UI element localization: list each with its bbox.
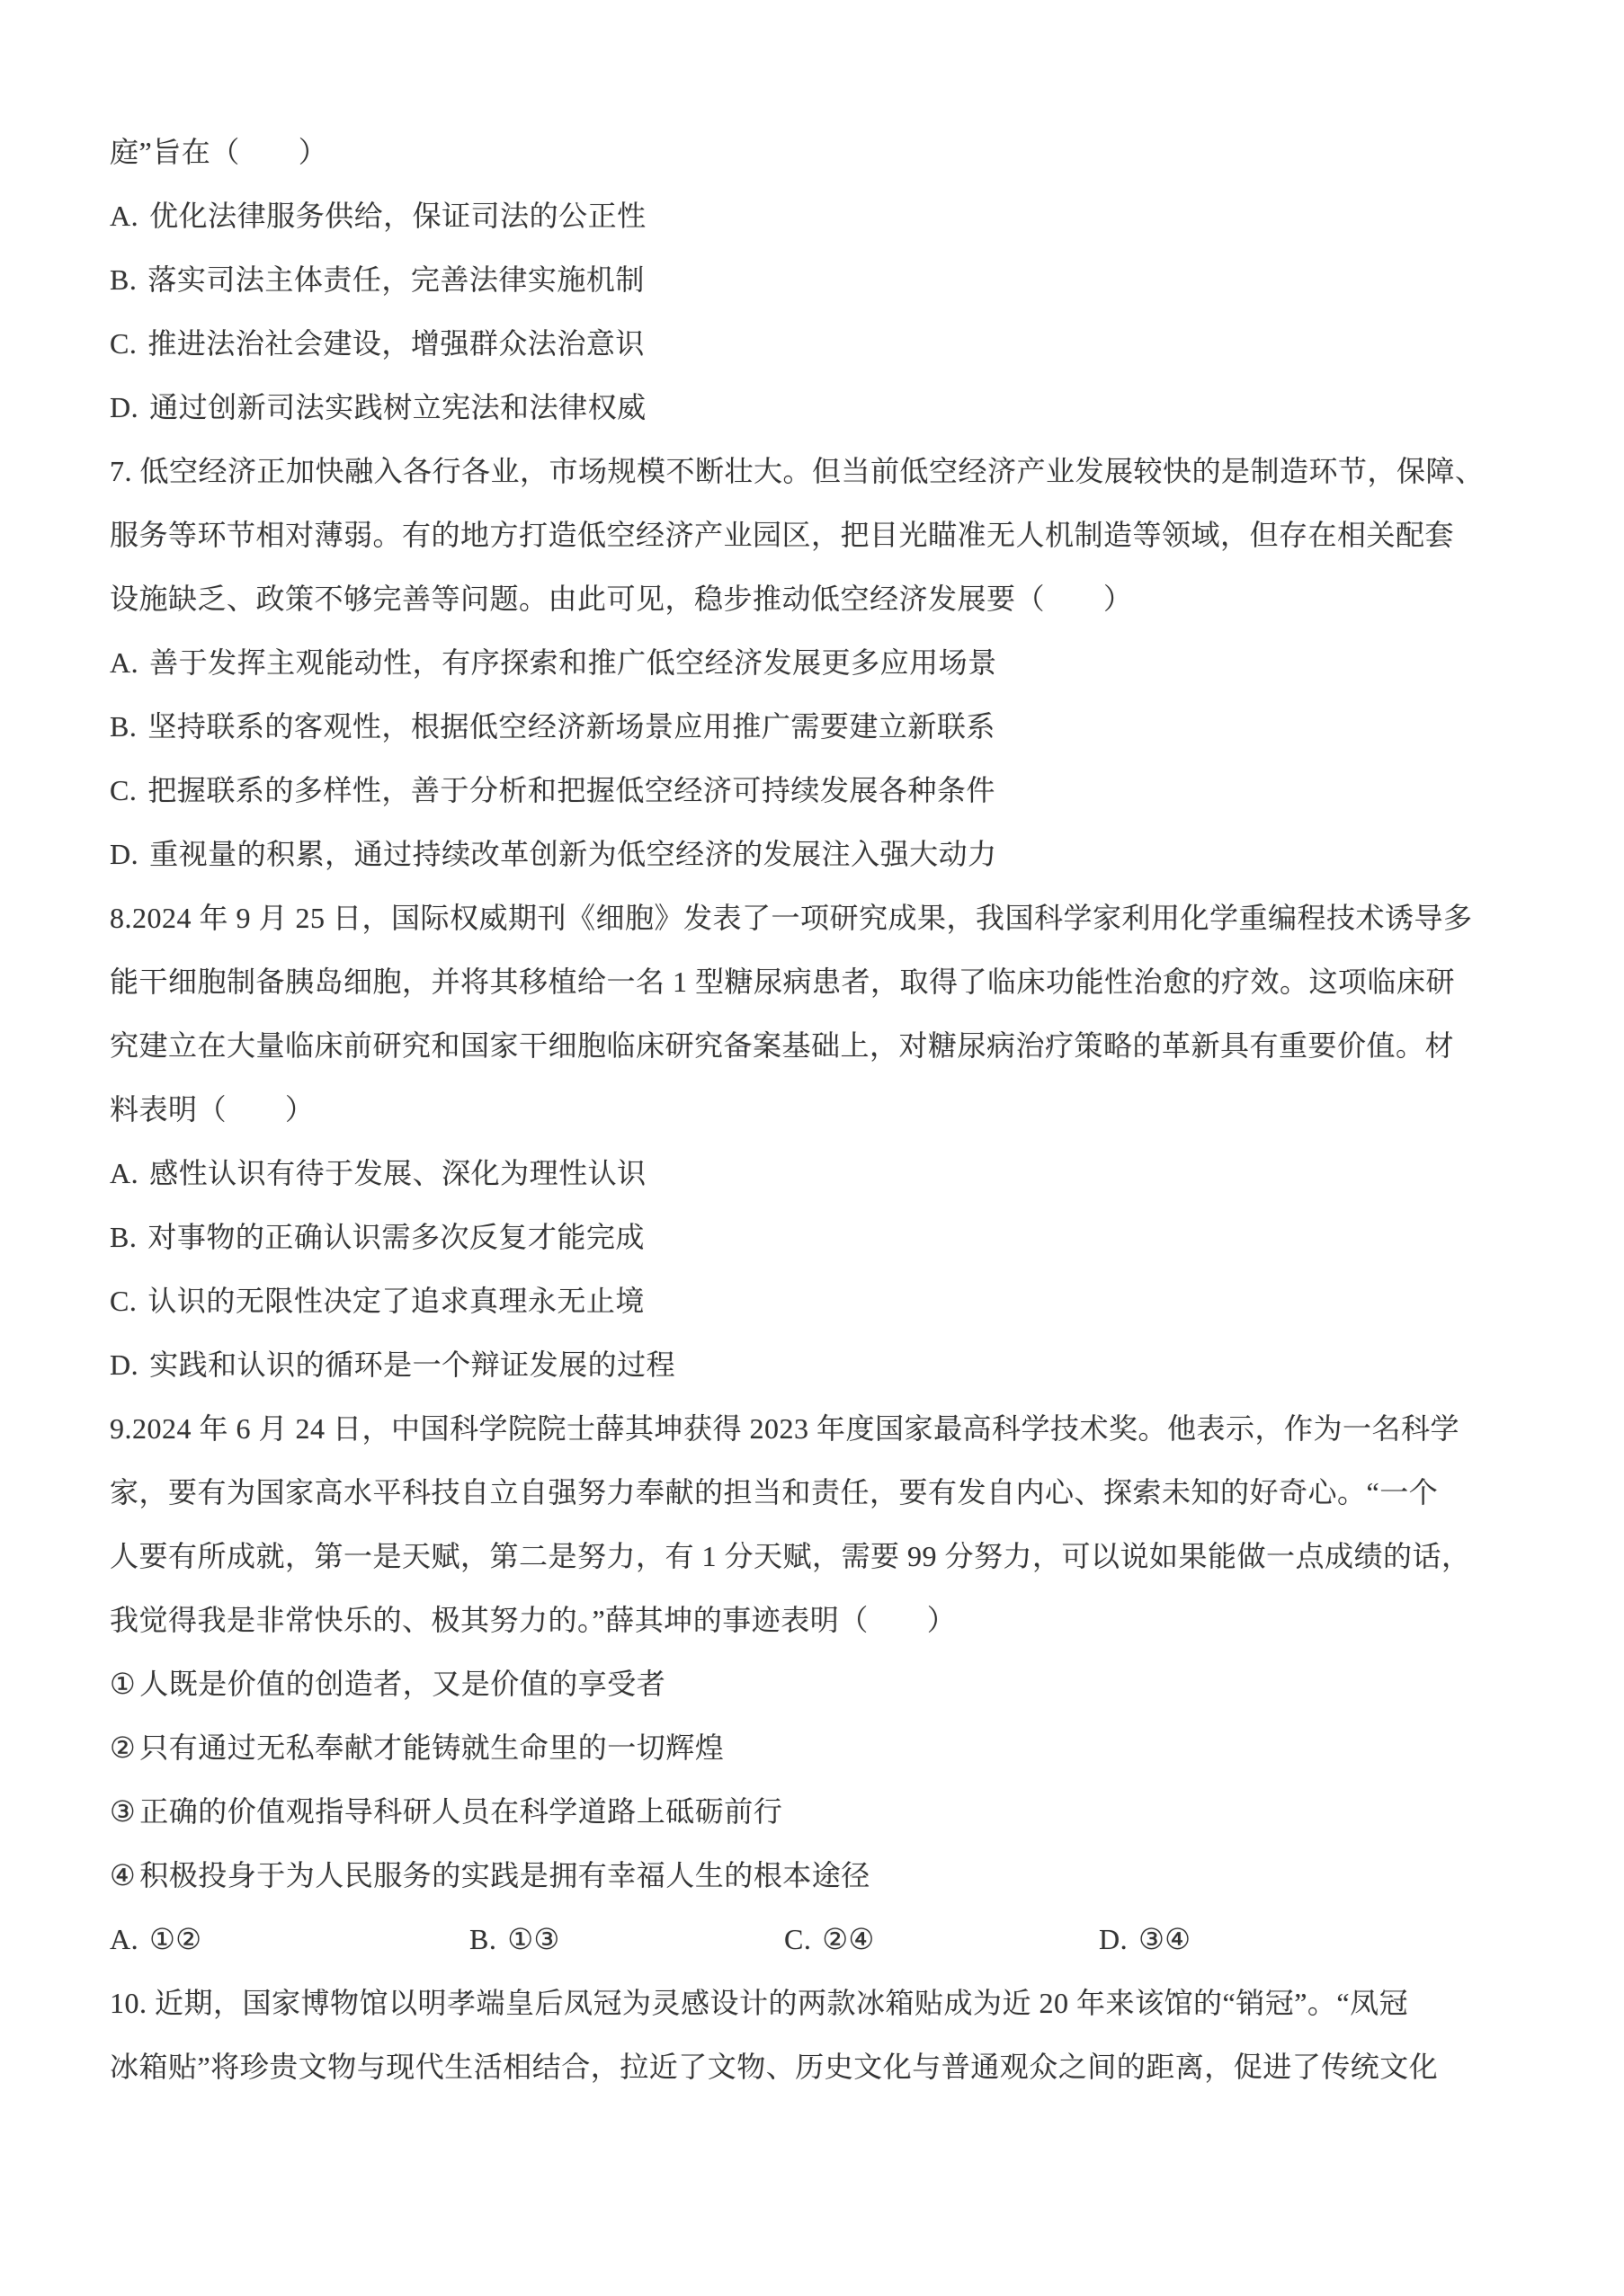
question-6-stem-tail: 庭”旨在（ ） — [110, 120, 1512, 184]
option-text: 对事物的正确认识需多次反复才能完成 — [147, 1221, 645, 1253]
option-text: ①③ — [507, 1923, 559, 1955]
question-8-stem-line-3: 究建立在大量临床前研究和国家干细胞临床研究备案基础上，对糖尿病治疗策略的革新具有… — [110, 1014, 1512, 1078]
statement-text: 只有通过无私奉献才能铸就生命里的一切辉煌 — [139, 1731, 724, 1764]
statement-label: ② — [110, 1731, 136, 1764]
option-label: A. — [110, 646, 138, 679]
question-7-stem-line-2: 服务等环节相对薄弱。有的地方打造低空经济产业园区，把目光瞄准无人机制造等领域，但… — [110, 503, 1512, 567]
option-label: C. — [784, 1923, 811, 1955]
question-6-option-c: C.推进法治社会建设，增强群众法治意识 — [110, 312, 1512, 376]
question-10-stem-line-1: 10. 近期，国家博物馆以明孝端皇后凤冠为灵感设计的两款冰箱贴成为近 20 年来… — [110, 1971, 1512, 2035]
question-7-option-a: A.善于发挥主观能动性，有序探索和推广低空经济发展更多应用场景 — [110, 631, 1512, 695]
question-7-stem-line-1: 7. 低空经济正加快融入各行各业，市场规模不断壮大。但当前低空经济产业发展较快的… — [110, 440, 1512, 503]
question-6-option-b: B.落实司法主体责任，完善法律实施机制 — [110, 248, 1512, 312]
option-label: B. — [469, 1923, 496, 1955]
question-9-stem-line-4: 我觉得我是非常快乐的、极其努力的。”薛其坤的事迹表明（ ） — [110, 1589, 1512, 1652]
option-label: C. — [110, 327, 137, 360]
option-text: ③④ — [1138, 1923, 1191, 1955]
option-label: C. — [110, 1285, 137, 1317]
statement-label: ① — [110, 1668, 136, 1700]
exam-page: 庭”旨在（ ） A.优化法律服务供给，保证司法的公正性 B.落实司法主体责任，完… — [0, 0, 1624, 2296]
question-9-answer-c: C.②④ — [784, 1908, 1099, 1971]
statement-label: ④ — [110, 1859, 136, 1891]
question-9-stem-line-1: 9.2024 年 6 月 24 日，中国科学院院士薛其坤获得 2023 年度国家… — [110, 1397, 1512, 1461]
question-6-option-a: A.优化法律服务供给，保证司法的公正性 — [110, 184, 1512, 248]
question-9-statement-4: ④积极投身于为人民服务的实践是拥有幸福人生的根本途径 — [110, 1844, 1512, 1908]
option-label: D. — [1099, 1923, 1128, 1955]
option-text: 重视量的积累，通过持续改革创新为低空经济的发展注入强大动力 — [149, 838, 997, 870]
option-label: C. — [110, 774, 137, 806]
question-9-stem-line-3: 人要有所成就，第一是天赋，第二是努力，有 1 分天赋，需要 99 分努力，可以说… — [110, 1525, 1512, 1589]
option-label: B. — [110, 710, 137, 743]
question-9-answer-a: A.①② — [110, 1908, 469, 1971]
option-label: A. — [110, 1157, 138, 1189]
option-text: ②④ — [822, 1923, 874, 1955]
statement-label: ③ — [110, 1795, 136, 1828]
option-text: 实践和认识的循环是一个辩证发展的过程 — [149, 1348, 675, 1381]
question-10-stem-line-2: 冰箱贴”将珍贵文物与现代生活相结合，拉近了文物、历史文化与普通观众之间的距离，促… — [110, 2035, 1512, 2099]
question-9-statement-1: ①人既是价值的创造者，又是价值的享受者 — [110, 1652, 1512, 1716]
exam-content: 庭”旨在（ ） A.优化法律服务供给，保证司法的公正性 B.落实司法主体责任，完… — [110, 120, 1512, 2099]
option-text: 坚持联系的客观性，根据低空经济新场景应用推广需要建立新联系 — [147, 710, 995, 743]
option-label: D. — [110, 391, 138, 423]
option-label: B. — [110, 1221, 137, 1253]
question-9-stem-line-2: 家，要有为国家高水平科技自立自强努力奉献的担当和责任，要有发自内心、探索未知的好… — [110, 1461, 1512, 1525]
option-label: D. — [110, 838, 138, 870]
statement-text: 正确的价值观指导科研人员在科学道路上砥砺前行 — [139, 1795, 782, 1828]
option-label: D. — [110, 1348, 138, 1381]
question-9-answer-row: A.①② B.①③ C.②④ D.③④ — [110, 1908, 1512, 1971]
option-text: 把握联系的多样性，善于分析和把握低空经济可持续发展各种条件 — [147, 774, 995, 806]
option-text: 推进法治社会建设，增强群众法治意识 — [147, 327, 645, 360]
question-7-option-c: C.把握联系的多样性，善于分析和把握低空经济可持续发展各种条件 — [110, 759, 1512, 823]
option-label: A. — [110, 200, 138, 232]
statement-text: 积极投身于为人民服务的实践是拥有幸福人生的根本途径 — [139, 1859, 870, 1891]
option-text: 优化法律服务供给，保证司法的公正性 — [149, 200, 647, 232]
question-8-stem-line-1: 8.2024 年 9 月 25 日，国际权威期刊《细胞》发表了一项研究成果，我国… — [110, 886, 1512, 950]
question-8-option-b: B.对事物的正确认识需多次反复才能完成 — [110, 1206, 1512, 1269]
question-8-stem-line-2: 能干细胞制备胰岛细胞，并将其移植给一名 1 型糖尿病患者，取得了临床功能性治愈的… — [110, 950, 1512, 1014]
question-9-answer-d: D.③④ — [1099, 1908, 1512, 1971]
question-7-option-d: D.重视量的积累，通过持续改革创新为低空经济的发展注入强大动力 — [110, 823, 1512, 886]
option-text: 认识的无限性决定了追求真理永无止境 — [147, 1285, 645, 1317]
option-text: 感性认识有待于发展、深化为理性认识 — [149, 1157, 647, 1189]
option-text: 善于发挥主观能动性，有序探索和推广低空经济发展更多应用场景 — [149, 646, 997, 679]
question-9-answer-b: B.①③ — [469, 1908, 784, 1971]
question-6-option-d: D.通过创新司法实践树立宪法和法律权威 — [110, 376, 1512, 440]
question-7-stem-line-3: 设施缺乏、政策不够完善等问题。由此可见，稳步推动低空经济发展要（ ） — [110, 567, 1512, 631]
question-7-option-b: B.坚持联系的客观性，根据低空经济新场景应用推广需要建立新联系 — [110, 695, 1512, 759]
option-text: 通过创新司法实践树立宪法和法律权威 — [149, 391, 647, 423]
question-9-statement-3: ③正确的价值观指导科研人员在科学道路上砥砺前行 — [110, 1780, 1512, 1844]
statement-text: 人既是价值的创造者，又是价值的享受者 — [139, 1668, 665, 1700]
question-8-option-a: A.感性认识有待于发展、深化为理性认识 — [110, 1142, 1512, 1206]
option-text: 落实司法主体责任，完善法律实施机制 — [147, 263, 645, 296]
question-8-option-c: C.认识的无限性决定了追求真理永无止境 — [110, 1269, 1512, 1333]
option-label: A. — [110, 1923, 138, 1955]
question-8-stem-line-4: 料表明（ ） — [110, 1078, 1512, 1142]
option-label: B. — [110, 263, 137, 296]
option-text: ①② — [149, 1923, 201, 1955]
question-8-option-d: D.实践和认识的循环是一个辩证发展的过程 — [110, 1333, 1512, 1397]
question-9-statement-2: ②只有通过无私奉献才能铸就生命里的一切辉煌 — [110, 1716, 1512, 1780]
